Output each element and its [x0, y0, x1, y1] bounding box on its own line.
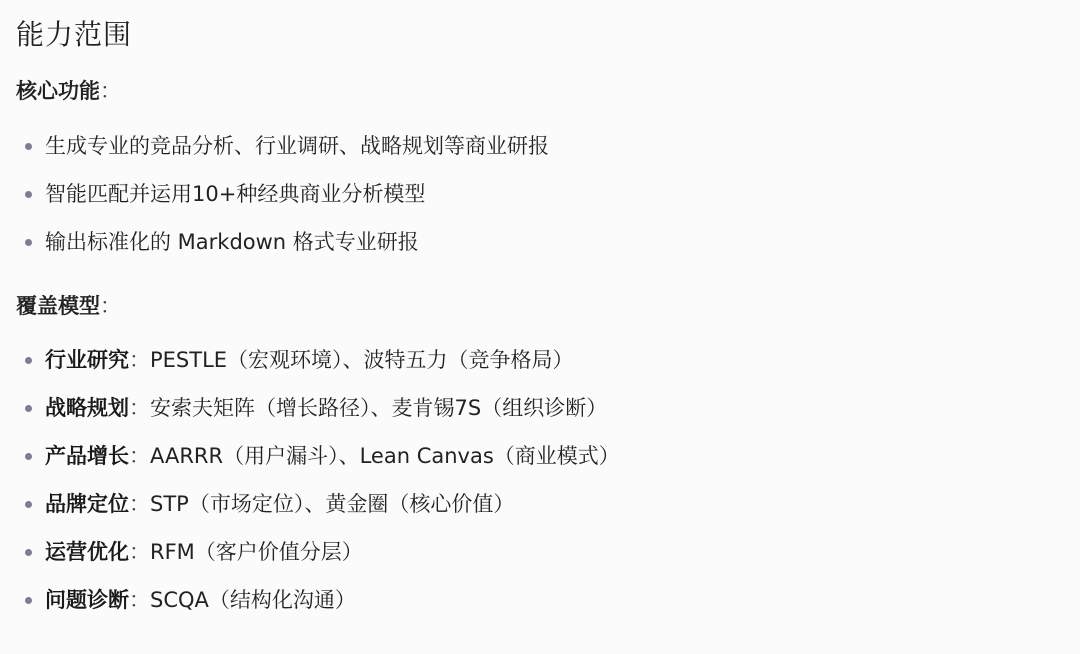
list-item-text: 生成专业的竞品分析、行业调研、战略规划等商业研报: [45, 134, 549, 158]
model-item: 战略规划：安索夫矩阵（增长路径）、麦肯锡7S（组织诊断）: [16, 394, 620, 442]
separator: ：: [129, 540, 150, 564]
bullet-icon: [25, 239, 32, 246]
bullet-icon: [25, 549, 32, 556]
bullet-icon: [25, 191, 32, 198]
bullet-icon: [25, 357, 32, 364]
models-heading: 覆盖模型：: [16, 292, 121, 320]
list-item-text: 输出标准化的 Markdown 格式专业研报: [45, 230, 419, 254]
core-features-heading: 核心功能：: [16, 77, 121, 105]
separator: ：: [129, 588, 150, 612]
model-value: RFM（客户价值分层）: [150, 540, 363, 564]
model-category: 战略规划: [45, 396, 129, 420]
model-value: PESTLE（宏观环境）、波特五力（竞争格局）: [150, 348, 574, 372]
list-item: 生成专业的竞品分析、行业调研、战略规划等商业研报: [16, 132, 549, 180]
separator: ：: [129, 396, 150, 420]
separator: ：: [129, 348, 150, 372]
model-item: 问题诊断：SCQA（结构化沟通）: [16, 586, 620, 634]
bullet-icon: [25, 501, 32, 508]
colon: ：: [100, 294, 121, 318]
model-value: SCQA（结构化沟通）: [150, 588, 356, 612]
model-category: 问题诊断: [45, 588, 129, 612]
model-category: 产品增长: [45, 444, 129, 468]
bullet-icon: [25, 597, 32, 604]
colon: ：: [100, 79, 121, 103]
core-features-label: 核心功能: [16, 79, 100, 103]
separator: ：: [129, 492, 150, 516]
list-item: 输出标准化的 Markdown 格式专业研报: [16, 228, 549, 276]
bullet-icon: [25, 143, 32, 150]
model-item: 产品增长：AARRR（用户漏斗）、Lean Canvas（商业模式）: [16, 442, 620, 490]
model-category: 行业研究: [45, 348, 129, 372]
model-item: 运营优化：RFM（客户价值分层）: [16, 538, 620, 586]
model-item: 行业研究：PESTLE（宏观环境）、波特五力（竞争格局）: [16, 346, 620, 394]
model-category: 品牌定位: [45, 492, 129, 516]
model-value: STP（市场定位）、黄金圈（核心价值）: [150, 492, 514, 516]
list-item-text: 智能匹配并运用10+种经典商业分析模型: [45, 182, 425, 206]
model-item: 品牌定位：STP（市场定位）、黄金圈（核心价值）: [16, 490, 620, 538]
model-category: 运营优化: [45, 540, 129, 564]
models-label: 覆盖模型: [16, 294, 100, 318]
core-features-list: 生成专业的竞品分析、行业调研、战略规划等商业研报 智能匹配并运用10+种经典商业…: [16, 132, 549, 276]
model-value: 安索夫矩阵（增长路径）、麦肯锡7S（组织诊断）: [150, 396, 607, 420]
models-list: 行业研究：PESTLE（宏观环境）、波特五力（竞争格局） 战略规划：安索夫矩阵（…: [16, 346, 620, 634]
list-item: 智能匹配并运用10+种经典商业分析模型: [16, 180, 549, 228]
bullet-icon: [25, 453, 32, 460]
separator: ：: [129, 444, 150, 468]
page-title: 能力范围: [16, 17, 132, 53]
bullet-icon: [25, 405, 32, 412]
model-value: AARRR（用户漏斗）、Lean Canvas（商业模式）: [150, 444, 620, 468]
